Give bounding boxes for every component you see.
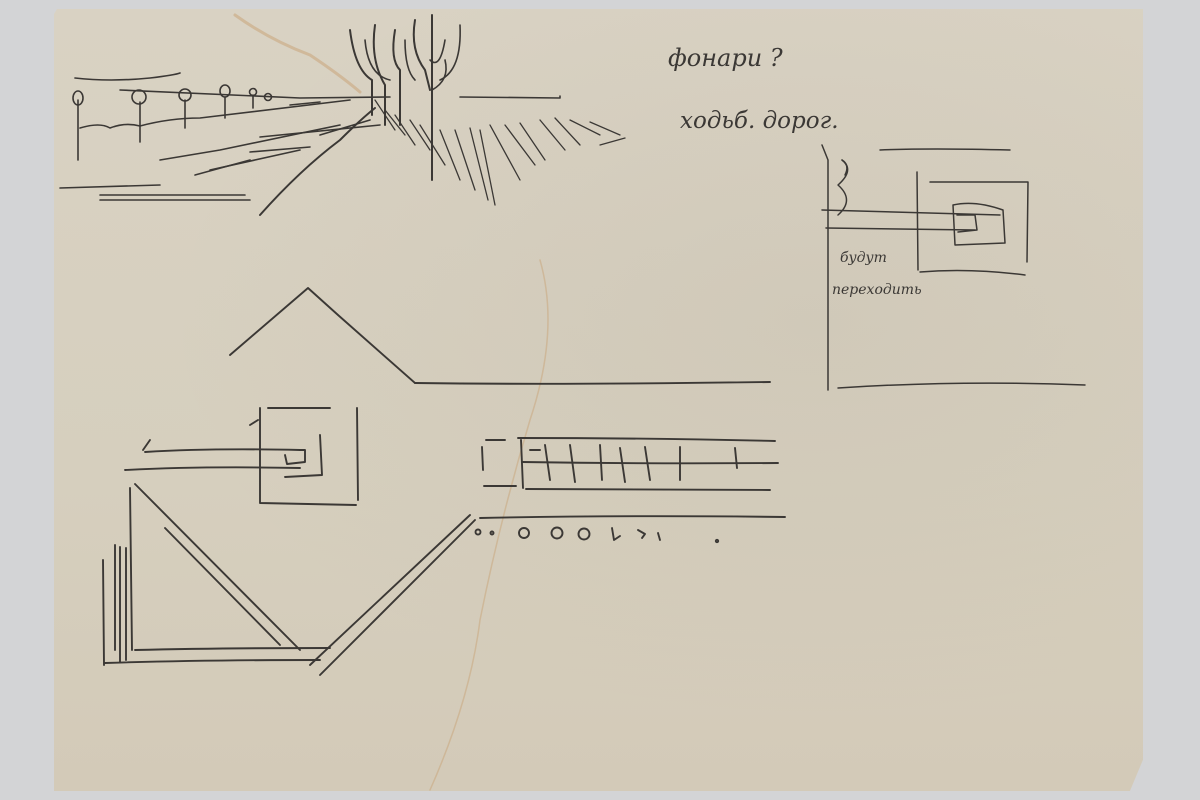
landscape-sketch [60, 15, 625, 215]
note-walking-roads: ходьб. дорог. [680, 108, 839, 134]
note-lanterns: фонари ? [668, 44, 783, 72]
central-plan-sketch [103, 288, 785, 675]
sketch-drawings [0, 0, 1200, 800]
note-cross: переходить [832, 282, 922, 298]
note-will: будут [840, 250, 887, 266]
right-plan-sketch [822, 145, 1085, 390]
